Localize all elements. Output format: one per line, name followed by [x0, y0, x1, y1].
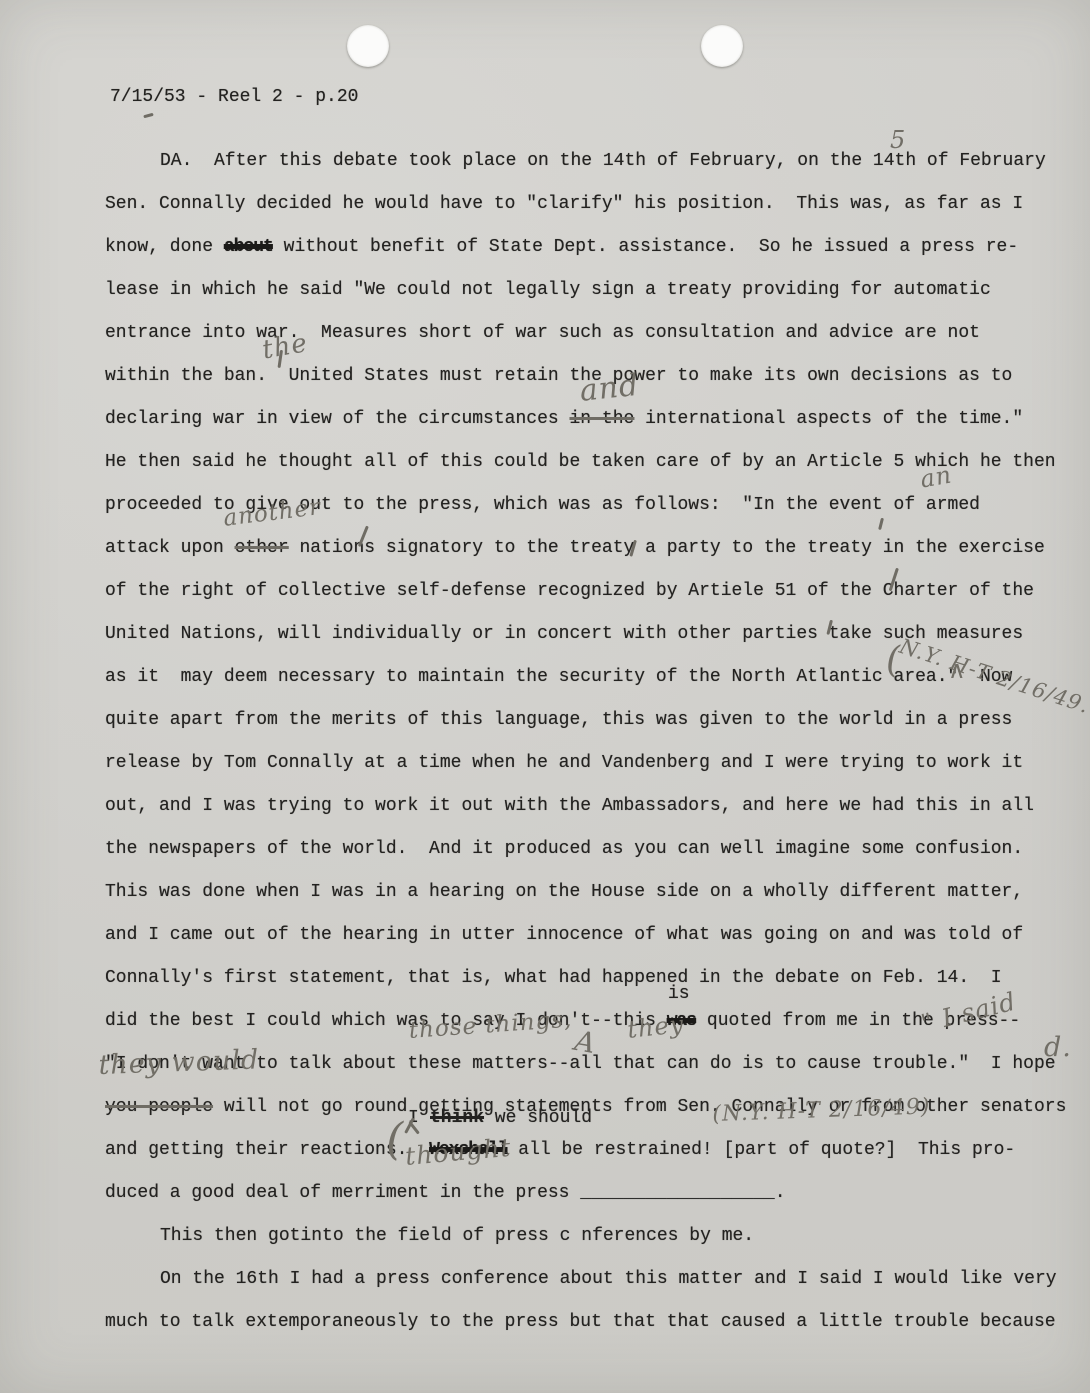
typed-text: declaring war in view of the circumstanc…: [105, 409, 569, 429]
typed-text: 7/15/53 - Reel 2 - p.20: [110, 87, 358, 107]
typed-line: and getting their reactions. Wexshall al…: [105, 1139, 1015, 1161]
typed-text: know, done: [105, 237, 224, 257]
struck-text: other: [235, 538, 289, 558]
typed-text: without benefit of State Dept. assistanc…: [273, 237, 1018, 257]
typed-line: On the 16th I had a press conference abo…: [160, 1268, 1057, 1290]
hand-correction-5: 5: [890, 126, 906, 154]
punch-hole: [347, 25, 389, 67]
typed-line: of the right of collective self-defense …: [105, 580, 1034, 602]
typed-text: DA. After this debate took place on the …: [160, 151, 1046, 171]
hand-insert-the: the: [260, 328, 310, 365]
typed-line: the newspapers of the world. And it prod…: [105, 838, 1023, 860]
hand-insert-they-would: they would: [98, 1044, 260, 1081]
typed-text: release by Tom Connally at a time when h…: [105, 753, 1023, 773]
typed-text: lease in which he said "We could not leg…: [105, 280, 991, 300]
typed-line: much to talk extemporaneously to the pre…: [105, 1311, 1056, 1333]
typed-line: and I came out of the hearing in utter i…: [105, 924, 1023, 946]
struck-text: about: [224, 237, 273, 257]
pencil-mark: [143, 113, 153, 118]
hand-caret: ∧: [948, 656, 967, 684]
typed-text: attack upon: [105, 538, 235, 558]
typed-line: release by Tom Connally at a time when h…: [105, 752, 1023, 774]
typed-text: will not go round getting statements fro…: [213, 1097, 1066, 1117]
struck-text: you people: [105, 1097, 213, 1117]
typed-line: as it may deem necessary to maintain the…: [105, 666, 1012, 688]
page-header: 7/15/53 - Reel 2 - p.20: [110, 86, 358, 108]
typed-line: attack upon other nations signatory to t…: [105, 537, 1045, 559]
pencil-apostrophe: [878, 518, 883, 530]
document-page: 7/15/53 - Reel 2 - p.20DA. After this de…: [0, 0, 1090, 1393]
typed-text: Connally's first statement, that is, wha…: [105, 968, 1002, 988]
typed-insert-is: is: [668, 984, 690, 1004]
typed-text: nations signatory to the treaty a party …: [289, 538, 1045, 558]
typed-text: quite apart from the merits of this lang…: [105, 710, 1012, 730]
typed-insert-we-should: we should: [484, 1108, 592, 1128]
typed-line: entrance into war. Measures short of war…: [105, 322, 980, 344]
typed-text: international aspects of the time.": [634, 409, 1023, 429]
typed-line: know, done about without benefit of Stat…: [105, 236, 1018, 258]
typed-line: lease in which he said "We could not leg…: [105, 279, 991, 301]
typed-line: This was done when I was in a hearing on…: [105, 881, 1023, 903]
typed-text: duced a good deal of merriment in the pr…: [105, 1183, 580, 1203]
typed-text: all be restrained! [part of quote?] This…: [507, 1140, 1015, 1160]
typed-line: out, and I was trying to work it out wit…: [105, 795, 1034, 817]
typed-line: duced a good deal of merriment in the pr…: [105, 1182, 786, 1204]
typed-text: and getting their reactions.: [105, 1140, 429, 1160]
typed-line: quite apart from the merits of this lang…: [105, 709, 1012, 731]
typed-line: Sen. Connally decided he would have to "…: [105, 193, 1023, 215]
typed-text: __________________: [580, 1183, 774, 1203]
hand-insert-d: d.: [1044, 1032, 1072, 1063]
hand-big-paren: (: [386, 1114, 404, 1165]
typed-text: This was done when I was in a hearing on…: [105, 882, 1023, 902]
typed-line: DA. After this debate took place on the …: [160, 150, 1046, 172]
typed-text: entrance into war. Measures short of war…: [105, 323, 980, 343]
typed-text: much to talk extemporaneously to the pre…: [105, 1312, 1056, 1332]
typed-line: Connally's first statement, that is, wha…: [105, 967, 1002, 989]
typed-text: as it may deem necessary to maintain the…: [105, 667, 1012, 687]
typed-text: Sen. Connally decided he would have to "…: [105, 194, 1023, 214]
typed-insert-think-struck: think: [430, 1108, 484, 1128]
hand-insert-they: they: [626, 1010, 685, 1044]
typed-text: the newspapers of the world. And it prod…: [105, 839, 1023, 859]
typed-text: out, and I was trying to work it out wit…: [105, 796, 1034, 816]
typed-text: He then said he thought all of this coul…: [105, 452, 1056, 472]
hand-insert-an: an: [918, 460, 954, 493]
typed-text: of the right of collective self-defense …: [105, 581, 1034, 601]
typed-text: within the ban. United States must retai…: [105, 366, 1012, 386]
typed-line: He then said he thought all of this coul…: [105, 451, 1056, 473]
typed-text: and I came out of the hearing in utter i…: [105, 925, 1023, 945]
hand-insert-and: and: [578, 368, 641, 409]
typed-line: within the ban. United States must retai…: [105, 365, 1012, 387]
punch-hole: [701, 25, 743, 67]
typed-text: This then gotinto the field of press c n…: [160, 1226, 754, 1246]
typed-line: declaring war in view of the circumstanc…: [105, 408, 1023, 430]
typed-line: This then gotinto the field of press c n…: [160, 1225, 754, 1247]
struck-text: in the: [569, 409, 634, 429]
typed-text: On the 16th I had a press conference abo…: [160, 1269, 1057, 1289]
typed-text: .: [775, 1183, 786, 1203]
